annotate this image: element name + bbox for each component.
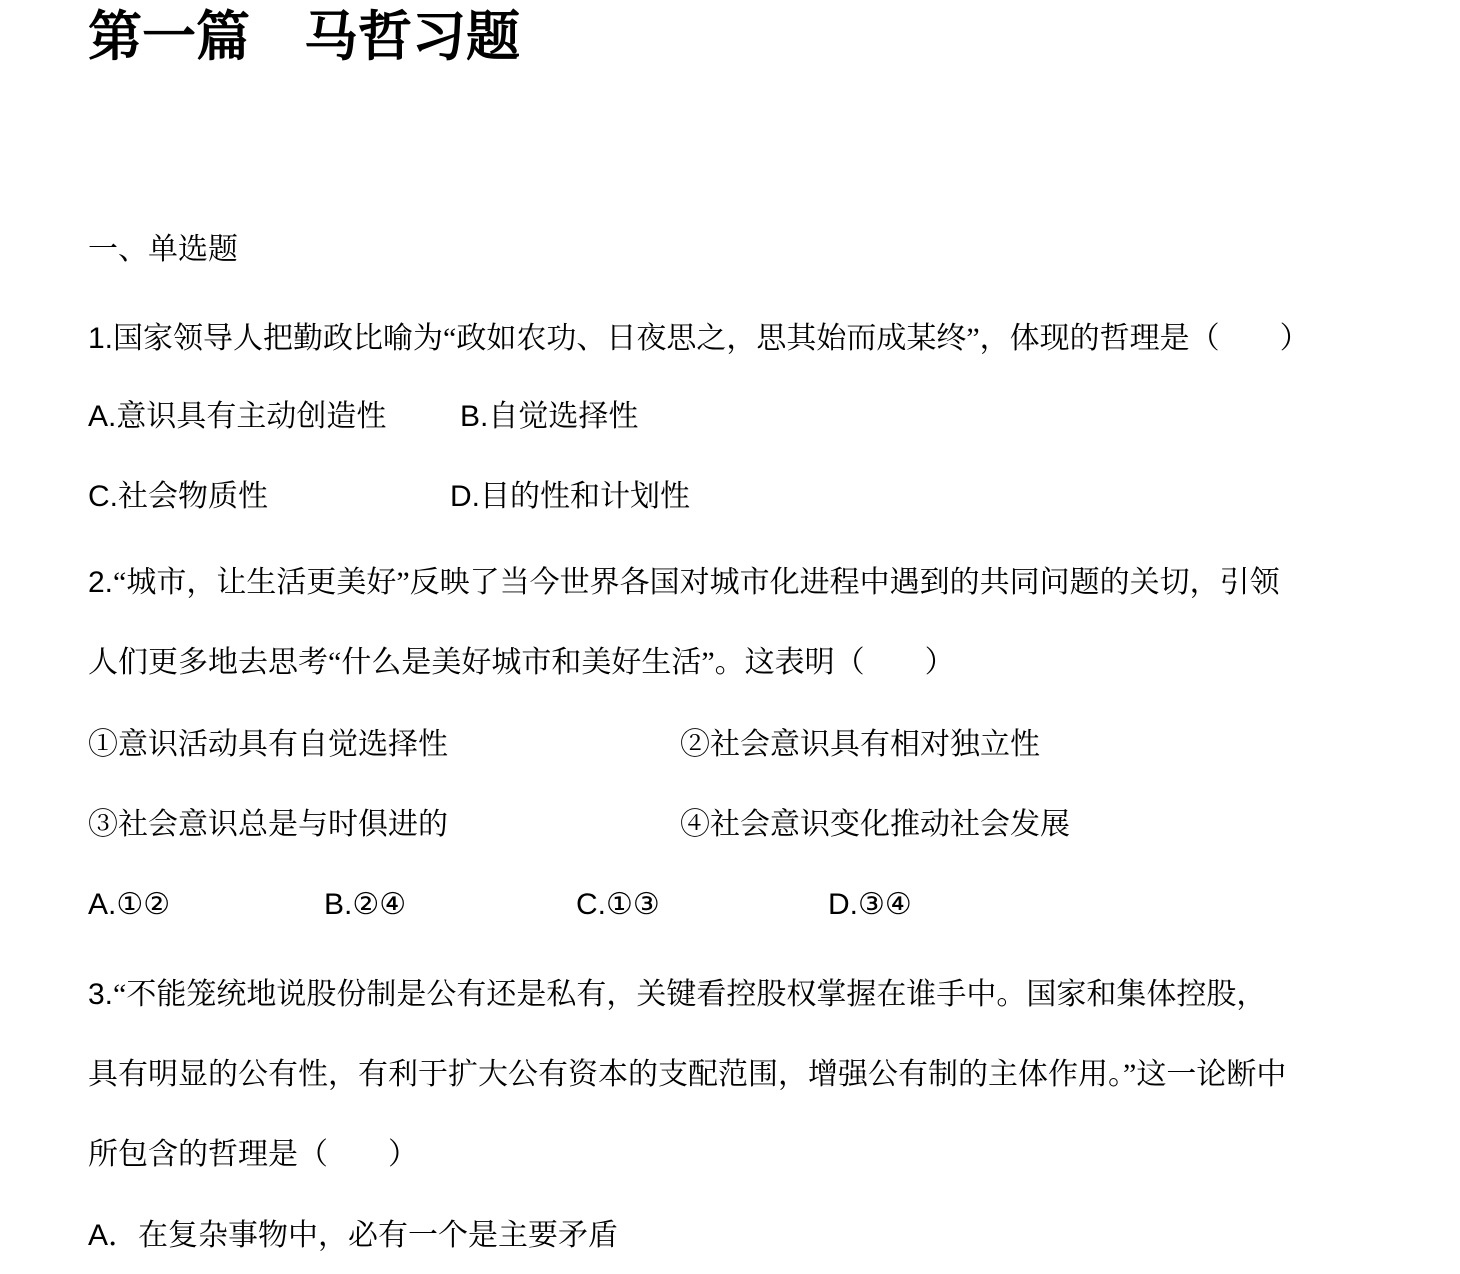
statement-3: ③社会意识总是与时俱进的 bbox=[88, 805, 448, 845]
option-b-text: 自觉选择性 bbox=[488, 400, 638, 433]
question-1-options-row-ab: A.意识具有主动创造性 B.自觉选择性 bbox=[88, 397, 1410, 439]
option-d-label: D. bbox=[828, 888, 858, 921]
option-a-text: 意识具有主动创造性 bbox=[116, 400, 386, 433]
question-3-stem-text-line1: “不能笼统地说股份制是公有还是私有，关键看控股权掌握在谁手中。国家和集体控股， bbox=[113, 978, 1266, 1011]
option-c-text: 社会物质性 bbox=[118, 480, 268, 513]
option-a-label: A. bbox=[88, 400, 116, 433]
question-1-stem-text: 国家领导人把勤政比喻为“政如农功、日夜思之，思其始而成某终”，体现的哲理是（ ） bbox=[113, 322, 1310, 355]
document-title: 第一篇 马哲习题 bbox=[88, 0, 520, 74]
question-1-option-d: D.目的性和计划性 bbox=[450, 477, 690, 517]
section-heading: 一、单选题 bbox=[88, 230, 238, 270]
question-2-statements-row-12: ①意识活动具有自觉选择性 ②社会意识具有相对独立性 bbox=[88, 725, 1410, 767]
option-a-text: 在复杂事物中，必有一个是主要矛盾 bbox=[138, 1219, 618, 1252]
question-1-options-row-cd: C.社会物质性 D.目的性和计划性 bbox=[88, 477, 1410, 519]
question-3-stem-line2: 具有明显的公有性，有利于扩大公有资本的支配范围，增强公有制的主体作用。”这一论断… bbox=[88, 1055, 1286, 1095]
question-2-stem-text-line1: “城市，让生活更美好”反映了当今世界各国对城市化进程中遇到的共同问题的关切，引领 bbox=[113, 566, 1280, 599]
question-1-number: 1. bbox=[88, 322, 113, 355]
question-2-stem-line2: 人们更多地去思考“什么是美好城市和美好生活”。这表明（ ） bbox=[88, 643, 955, 683]
question-1-option-a: A.意识具有主动创造性 bbox=[88, 397, 386, 437]
option-d-text: ③④ bbox=[858, 888, 912, 921]
option-b-label: B. bbox=[324, 888, 352, 921]
question-2-options-row: A.①② B.②④ C.①③ D.③④ bbox=[88, 885, 1410, 927]
option-b-label: B. bbox=[460, 400, 488, 433]
question-2-stem-line1: 2.“城市，让生活更美好”反映了当今世界各国对城市化进程中遇到的共同问题的关切，… bbox=[88, 563, 1280, 603]
question-2-option-b: B.②④ bbox=[324, 885, 406, 925]
option-a-text: ①② bbox=[116, 888, 170, 921]
question-2-number: 2. bbox=[88, 566, 113, 599]
question-2-statements-row-34: ③社会意识总是与时俱进的 ④社会意识变化推动社会发展 bbox=[88, 805, 1410, 847]
option-a-label: A. bbox=[88, 888, 116, 921]
document-page: 第一篇 马哲习题 一、单选题 1.国家领导人把勤政比喻为“政如农功、日夜思之，思… bbox=[0, 0, 1460, 1274]
question-3-stem-line1: 3.“不能笼统地说股份制是公有还是私有，关键看控股权掌握在谁手中。国家和集体控股… bbox=[88, 975, 1266, 1015]
question-2-option-c: C.①③ bbox=[576, 885, 660, 925]
statement-2: ②社会意识具有相对独立性 bbox=[680, 725, 1040, 765]
question-1-option-c: C.社会物质性 bbox=[88, 477, 268, 517]
question-2-option-d: D.③④ bbox=[828, 885, 912, 925]
question-3-number: 3. bbox=[88, 978, 113, 1011]
question-1-option-b: B.自觉选择性 bbox=[460, 397, 638, 437]
option-c-label: C. bbox=[576, 888, 606, 921]
question-3-stem-line3: 所包含的哲理是（ ） bbox=[88, 1135, 418, 1175]
option-c-text: ①③ bbox=[606, 888, 660, 921]
option-c-label: C. bbox=[88, 480, 118, 513]
question-1-stem: 1.国家领导人把勤政比喻为“政如农功、日夜思之，思其始而成某终”，体现的哲理是（… bbox=[88, 319, 1310, 359]
statement-1: ①意识活动具有自觉选择性 bbox=[88, 725, 448, 765]
option-d-text: 目的性和计划性 bbox=[480, 480, 690, 513]
question-3-option-a: A．在复杂事物中，必有一个是主要矛盾 bbox=[88, 1216, 618, 1256]
option-b-text: ②④ bbox=[352, 888, 406, 921]
option-a-label: A． bbox=[88, 1219, 138, 1252]
option-d-label: D. bbox=[450, 480, 480, 513]
statement-4: ④社会意识变化推动社会发展 bbox=[680, 805, 1070, 845]
question-2-option-a: A.①② bbox=[88, 885, 170, 925]
